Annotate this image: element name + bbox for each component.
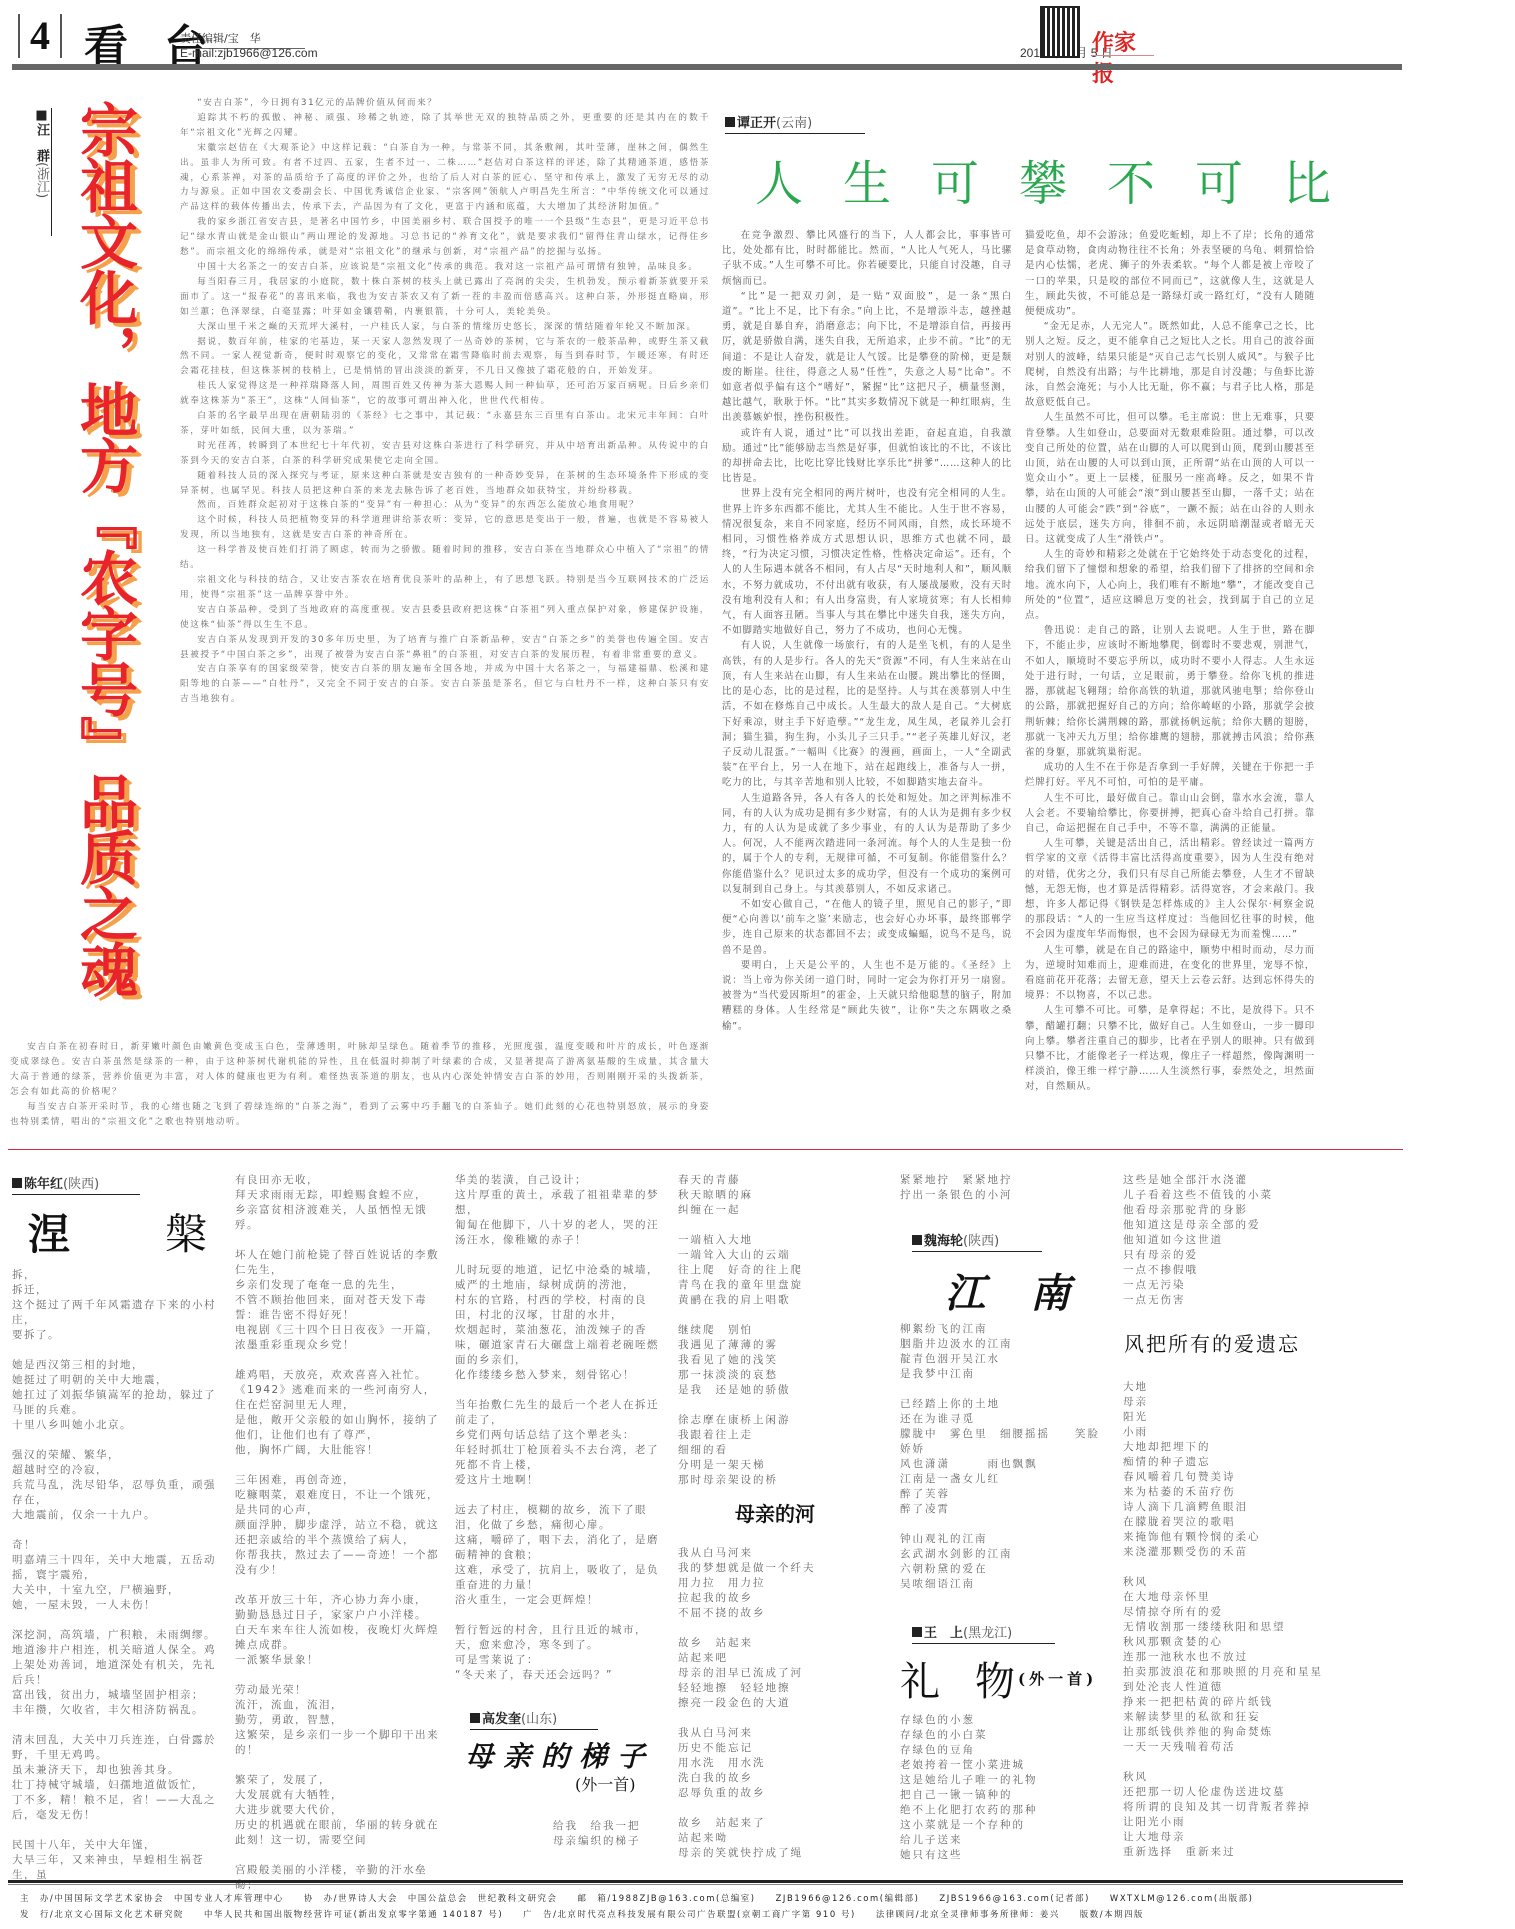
paragraph: 宋徽宗赵佶在《大观茶论》中这样记载：“白茶自为一种，与常茶不同，其条敷阐，其叶莹… — [180, 141, 710, 216]
paragraph: 鲁迅说：走自己的路，让别人去说吧。人生于世，路在脚下，不能止步，应该时不断地攀爬… — [1025, 623, 1315, 760]
author-byline-left: ■汪 群(浙江) — [38, 108, 52, 236]
paragraph: 人生可攀，关键是活出自己，活出精彩。曾经读过一篇两方哲学家的文章《活得丰富比活得… — [1025, 836, 1315, 942]
poem-tail-mother-ladder: 给我 给我一把 母亲编织的梯子 — [553, 1819, 693, 1849]
article-body-left-bottom: 安吉白茶在初春时日，新芽嫩叶颜色由嫩黄色变成玉白色，莹薄透明，叶脉却呈绿色。随着… — [10, 1040, 710, 1140]
poem-title-niepan-b: 槃 — [165, 1202, 207, 1262]
poem-body-jiangnan: 柳絮纷飞的江南 胭脂井边汲水的江南 靛青色洇开吴江水 是我梦中江南 已经踏上你的… — [900, 1322, 1110, 1592]
paragraph: 宗祖文化与科技的结合，又让安吉茶农在培育优良茶叶的品种上，有了思想飞跃。特别是当… — [180, 573, 710, 603]
header-divider — [12, 64, 1402, 70]
paragraph: 安吉白茶从发现到开发的30多年历史里，为了培育与推广白茶新品种，安吉“白茶之乡”… — [180, 633, 710, 663]
paragraph: 这个时候，科技人员把植物变异的科学道理讲给茶农听：变异，它的意思是变出于一般，普… — [180, 513, 710, 543]
paragraph: “金无足赤，人无完人”。既然如此，人总不能拿己之长，比别人之短。反之，更不能拿自… — [1025, 319, 1315, 410]
paragraph: 安吉白茶享有的国家级荣誉，使安吉白茶的朋友遍布全国各地，并成为中国十大名茶之一，… — [180, 662, 710, 707]
article-body-right-col1: 在竞争激烈、攀比风盛行的当下，人人都会比，事事皆可比，处处都有比，时时都能比。然… — [722, 228, 1012, 1138]
poem-title-gift-b: 物 — [975, 1650, 1015, 1707]
paragraph: 这一科学普及使百姓们打消了顾虑，转而为之骄傲。随着时间的推移，安吉白茶在当地群众… — [180, 543, 710, 573]
qr-code-icon[interactable] — [1040, 6, 1080, 58]
byline-square-icon — [12, 1178, 22, 1188]
paragraph: 不如安心做自己，“在他人的镜子里，照见自己的影子，”即便“心向善以‘前车之鉴’来… — [722, 897, 1012, 958]
article-body-right-col2: 猫爱吃鱼，却不会游泳；鱼爱吃蚯蚓，却上不了岸；长角的通常是食草动物，食肉动物往往… — [1025, 228, 1315, 1138]
paragraph: 中国十大名茶之一的安吉白茶，应该说是“宗祖文化”传承的典范。我对这一宗祖产品可谓… — [180, 260, 710, 275]
paragraph: 人生虽然不可比，但可以攀。毛主席说：世上无难事，只要肯登攀。人生如登山，总要面对… — [1025, 410, 1315, 547]
paragraph: 安吉白茶在初春时日，新芽嫩叶颜色由嫩黄色变成玉白色，莹薄透明，叶脉却呈绿色。随着… — [10, 1040, 710, 1100]
paragraph: 人生可攀不可比。可攀，是拿得起；不比，是放得下。只不攀，醋罐打翻；只攀不比，做好… — [1025, 1003, 1315, 1094]
poem-title-wind: 风把所有的爱遗忘 — [1124, 1328, 1300, 1357]
paragraph: 有人说，人生就像一场旅行，有的人是坐飞机，有的人是坐高铁，有的人是步行。各人的先… — [722, 638, 1012, 790]
paragraph: “比”是一把双刃剑，是一贴“双面胶”，是一条“黑白道”。“比上不足，比下有余。”… — [722, 289, 1012, 426]
paragraph: 人生的奇妙和精彩之处就在于它始终处于动态变化的过程，给我们留下了憧憬和想象的希望… — [1025, 547, 1315, 623]
paragraph: 大深山里千米之巅的天荒坪大溪村，一户桂氏人家，与白茶的情缘历史悠长，深深的情结随… — [180, 320, 710, 335]
poem-body-niepan-col2: 有良田亦无收， 拜天求雨雨无踪，叩蝗赐食蝗不应， 乡亲富贫相济渡难关，人虽恓惶无… — [235, 1173, 440, 1893]
paragraph: 猫爱吃鱼，却不会游泳；鱼爱吃蚯蚓，却上不了岸；长角的通常是食草动物，食肉动物往往… — [1025, 228, 1315, 319]
paragraph: 然而，百姓群众起初对于这株白茶的“变异”有一种担心：从为“变异”的东西怎么能放心… — [180, 498, 710, 513]
author-byline-weihailun: 魏海轮(陕西) — [912, 1230, 1042, 1252]
paragraph: 桂氏人家觉得这是一种祥瑞降落人间，周围百姓又传神为茶大恩赐人间一种仙草，还可治万… — [180, 379, 710, 409]
byline-square-icon — [912, 1627, 922, 1637]
poem-title-mother-river: 母亲的河 — [735, 1498, 815, 1527]
editor-email[interactable]: E-mail:zjb1966@126.com — [180, 46, 318, 60]
paragraph: 随着科技人员的深入探究与考证，原来这种白茶就是安吉独有的一种奇妙变异，在茶树的生… — [180, 469, 710, 499]
byline-square-icon: ■ — [34, 108, 49, 123]
poem-subtitle-mother-ladder: (外一首) — [575, 1772, 636, 1795]
author-byline-wangshang: 王 上(黑龙江) — [912, 1622, 1055, 1644]
footer-line-1: 主 办/中国国际文学艺术家协会 中国专业人才库管理中心 协 办/世界诗人大会 中… — [20, 1892, 1254, 1904]
byline-square-icon — [470, 1713, 480, 1723]
article-body-left: “安吉白茶”，今日拥有31亿元的品牌价值从何而来？ 追踪其不朽的孤傲、神秘、顽强… — [180, 96, 710, 1036]
page-number: 4 — [18, 14, 62, 58]
poem-body-niepan-col3: 华美的装潢，自己设计； 这片厚重的黄土，承载了祖祖辈辈的梦想， 匍匐在他脚下，八… — [455, 1173, 660, 1683]
paragraph: 世界上没有完全相同的两片树叶，也没有完全相同的人生。世界上许多东西都不能比，尤其… — [722, 486, 1012, 638]
byline-square-icon — [725, 117, 735, 127]
paragraph: 每当阳春三月，我居家的小庭院，数十株白茶树的枝头上就已露出了亮润的尖尖，生机勃发… — [180, 275, 710, 320]
paragraph: 要明白，上天是公平的，人生也不是万能的。《圣经》上说：当上帝为你关闭一道门时，同… — [722, 958, 1012, 1034]
poem-title-niepan-a: 涅 — [28, 1202, 70, 1262]
poem-body-mother-ladder: 春天的青藤 秋天晾晒的麻 纠缠在一起 一端植入大地 一端耸入大山的云端 往上爬 … — [678, 1173, 848, 1488]
poem-body-mother-river: 我从白马河来 我的梦想就是做一个纤夫 用力拉 用力拉 拉起我的故乡 不屈不挠的故… — [678, 1546, 848, 1861]
paragraph: 白茶的名字最早出现在唐朝陆羽的《茶经》七之事中，其记载：“永嘉县东三百里有白茶山… — [180, 409, 710, 439]
author-byline-right: 谭正开(云南) — [725, 112, 865, 134]
footer-divider-thin — [8, 1884, 1403, 1885]
paragraph: 人生可攀，就是在自己的路途中，顺势中相时而动，尽力而为，逆境时知难而上，迎难而进… — [1025, 943, 1315, 1004]
paragraph: 或许有人说，通过“比”可以找出差距，奋起直追，自我激励。通过“比”能够励志当然是… — [722, 426, 1012, 487]
paragraph: 追踪其不朽的孤傲、神秘、顽强、珍稀之轨迹，除了其举世无双的独特品质之外，更重要的… — [180, 111, 710, 141]
poem-title-jiangnan-b: 南 — [1030, 1262, 1070, 1319]
poem-body-gift: 存绿色的小葱 存绿色的小白菜 存绿色的豆角 老娘挎着一筐小菜进城 这是她给儿子唯… — [900, 1713, 1100, 1863]
paragraph: 每当安吉白茶开采时节，我的心绪也随之飞到了碧绿连绵的“白茶之海”，看到了云雾中巧… — [10, 1100, 710, 1130]
paragraph: 在竞争激烈、攀比风盛行的当下，人人都会比，事事皆可比，处处都有比，时时都能比。然… — [722, 228, 1012, 289]
paragraph: 我的家乡浙江省安吉县，是著名中国竹乡，中国美丽乡村、联合国授予的唯一一个县级“生… — [180, 215, 710, 260]
footer-divider — [8, 1880, 1403, 1883]
poem-title-mother-ladder: 母亲的梯子 — [465, 1735, 655, 1775]
poem-top-mother-river: 紧紧地拧 紧紧地拧 拧出一条银色的小河 — [900, 1173, 1080, 1203]
section-divider — [8, 1149, 1403, 1150]
poem-body-niepan-col1: 拆， 拆迁， 这个挺过了两千年风霜遗存下来的小村庄， 要拆了。 她是西汉第三相的… — [12, 1268, 227, 1883]
poem-subtitle-gift: (外一首) — [1018, 1668, 1097, 1689]
paragraph: 人生不可比，最好做自己。靠山山会倒，靠水水会流，靠人人会老。不要输给攀比，你要拼… — [1025, 791, 1315, 837]
paragraph: 人生道路各异，各人有各人的长处和短处。加之评判标准不同，有的人认为成功是拥有多少… — [722, 791, 1012, 897]
paragraph: 时光荏苒，转瞬到了本世纪七十年代初，安吉县对这株白茶进行了科学研究，并从中培育出… — [180, 439, 710, 469]
author-byline-gaofakui: 高发奎(山东) — [470, 1708, 598, 1730]
byline-square-icon — [912, 1235, 922, 1245]
author-byline-niepan: 陈年红(陕西) — [12, 1173, 140, 1195]
footer-line-2: 发 行/北京文心国际文化艺术研究院 中华人民共和国出版物经营许可证(新出发京零字… — [20, 1908, 1144, 1920]
poem-title-gift-a: 礼 — [900, 1650, 940, 1707]
poem-body-gift-cont: 这些是她全部汗水浇灌 儿子看着这些不值钱的小菜 他看母亲那驼背的身影 他知道这是… — [1123, 1173, 1323, 1308]
paragraph: 据说，数百年前，桂家的宅基边，某一天家人忽然发现了一丛奇妙的茶树，它与茶农的一般… — [180, 335, 710, 380]
headline-left: 宗祖文化，地方『农字号』品质之魂 — [74, 100, 134, 996]
paragraph: 成功的人生不在于你是否拿到一手好牌，关键在于你把一手烂牌打好。平凡不可怕，可怕的… — [1025, 760, 1315, 790]
newspaper-logo: 作家报 — [1092, 26, 1154, 56]
poem-title-jiangnan-a: 江 — [945, 1262, 985, 1319]
paragraph: 安吉白茶品种，受到了当地政府的高度重视。安吉县委县政府把这株“白茶祖”列入重点保… — [180, 603, 710, 633]
paragraph: “安吉白茶”，今日拥有31亿元的品牌价值从何而来？ — [180, 96, 710, 111]
poem-body-wind: 大地 母亲 阳光 小雨 大地却把埋下的 痴情的种子遗忘 春风嚼着几句赞美诗 来为… — [1123, 1380, 1363, 1860]
headline-right: 人生可攀不可比 — [755, 145, 1335, 214]
